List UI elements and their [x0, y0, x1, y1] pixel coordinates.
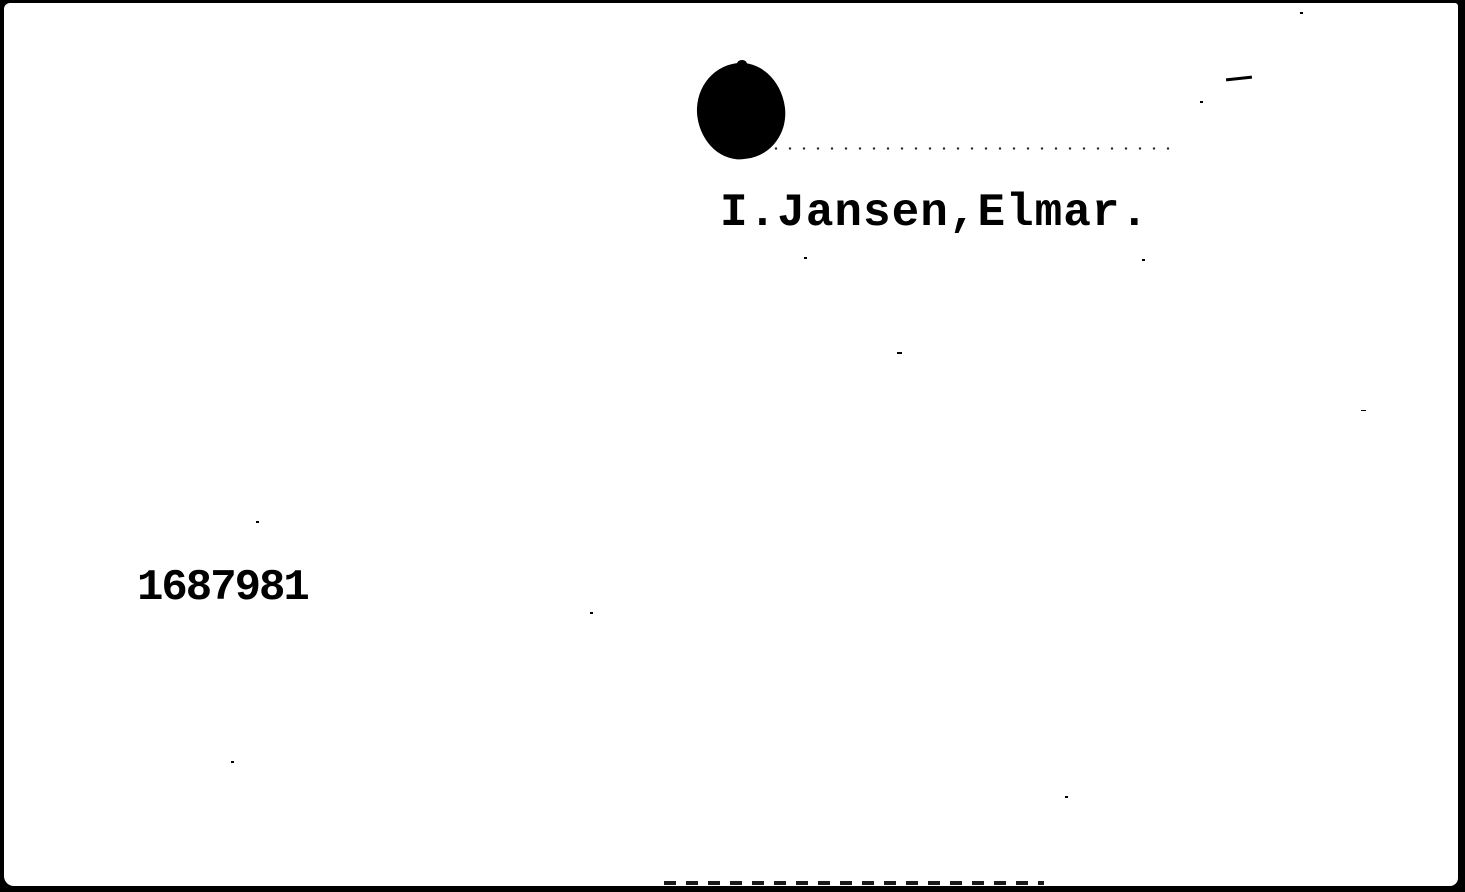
dotted-rule: [769, 147, 1174, 150]
index-card: I.Jansen,Elmar. 1687981: [4, 3, 1458, 886]
speck: [1065, 796, 1068, 798]
speck: [1200, 101, 1203, 103]
bottom-edge-smudge: [664, 881, 1044, 885]
speck: [1142, 259, 1145, 261]
card-number: 1687981: [137, 563, 308, 613]
speck: [804, 257, 807, 259]
card-name: I.Jansen,Elmar.: [720, 187, 1149, 239]
speck: [590, 612, 593, 614]
speck: [1361, 410, 1366, 411]
speck: [1300, 12, 1303, 14]
speck: [897, 352, 902, 354]
punch-hole-notch: [737, 60, 747, 68]
speck: [256, 521, 259, 523]
speck: [231, 761, 234, 763]
ink-mark: [1226, 76, 1252, 82]
